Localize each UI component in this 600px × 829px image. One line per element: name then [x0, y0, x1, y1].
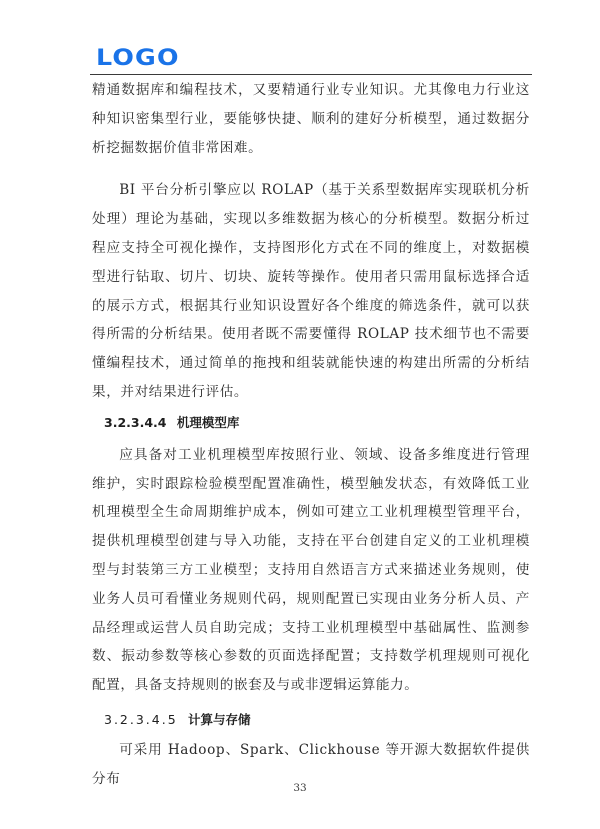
section-title: 计算与存储	[188, 712, 251, 727]
paragraph-mechanism-model: 应具备对工业机理模型库按照行业、领域、设备多维度进行管理维护，实时跟踪检验模型配…	[92, 441, 530, 700]
paragraph-continuation: 精通数据库和编程技术，又要精通行业专业知识。尤其像电力行业这种知识密集型行业，要…	[92, 76, 530, 162]
section-number: 3.2.3.4.5	[104, 712, 178, 727]
section-number: 3.2.3.4.4	[104, 415, 166, 430]
document-body: 精通数据库和编程技术，又要精通行业专业知识。尤其像电力行业这种知识密集型行业，要…	[92, 76, 530, 794]
section-title: 机理模型库	[177, 415, 240, 430]
logo: LOGO	[96, 48, 180, 70]
section-heading-mechanism-model-library: 3.2.3.4.4 机理模型库	[104, 409, 530, 437]
paragraph-bi-engine: BI 平台分析引擎应以 ROLAP（基于关系型数据库实现联机分析处理）理论为基础…	[92, 176, 530, 406]
page-number: 33	[0, 782, 600, 794]
page-header: LOGO	[90, 44, 532, 75]
section-heading-compute-storage: 3.2.3.4.5 计算与存储	[104, 706, 530, 734]
